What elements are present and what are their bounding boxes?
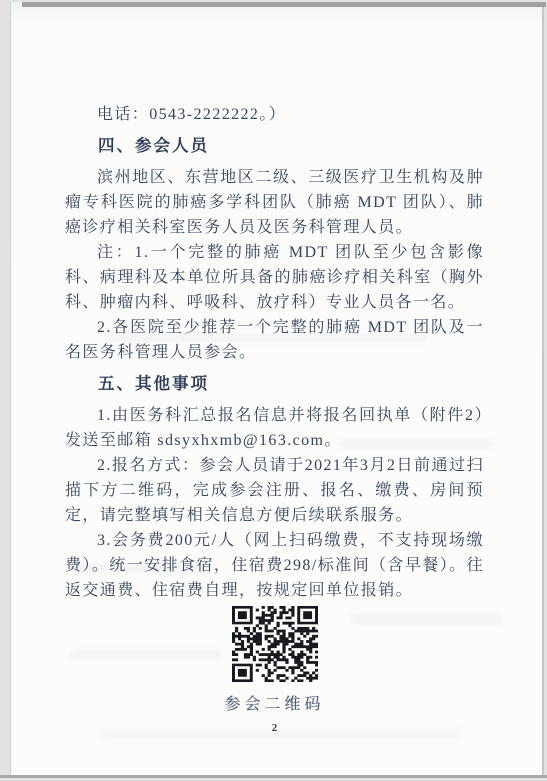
scanned-document: 电话：0543-2222222。） 四、参会人员 滨州地区、东营地区二级、三级医… (0, 0, 547, 781)
paragraph-attendees: 滨州地区、东营地区二级、三级医疗卫生机构及肿瘤专科医院的肺癌多学科团队（肺癌 M… (65, 165, 484, 240)
qr-code (232, 606, 318, 682)
document-content: 电话：0543-2222222。） 四、参会人员 滨州地区、东营地区二级、三级医… (65, 102, 484, 717)
document-page: 电话：0543-2222222。） 四、参会人员 滨州地区、东营地区二级、三级医… (10, 2, 544, 776)
paragraph-other-1-email: 1.由医务科汇总报名信息并将报名回执单（附件2）发送至邮箱 sdsyxhxmb@… (65, 403, 484, 453)
paragraph-other-2-registration: 2.报名方式：参会人员请于2021年3月2日前通过扫描下方二维码，完成参会注册、… (65, 453, 484, 528)
paragraph-phone-tail: 电话：0543-2222222。） (65, 102, 484, 127)
paragraph-other-3-fees: 3.会务费200元/人（网上扫码缴费，不支持现场缴费）。统一安排食宿，住宿费29… (65, 528, 484, 603)
page-number: 2 (65, 722, 484, 734)
paragraph-note-2: 2.各医院至少推荐一个完整的肺癌 MDT 团队及一名医务科管理人员参会。 (65, 315, 484, 365)
section-heading-attendees: 四、参会人员 (65, 134, 484, 159)
qr-code-label: 参会二维码 (65, 692, 484, 717)
qr-section: 参会二维码 (65, 606, 484, 717)
section-heading-other-matters: 五、其他事项 (65, 372, 484, 397)
paragraph-note-1: 注：1.一个完整的肺癌 MDT 团队至少包含影像科、病理科及本单位所具备的肺癌诊… (65, 240, 484, 315)
